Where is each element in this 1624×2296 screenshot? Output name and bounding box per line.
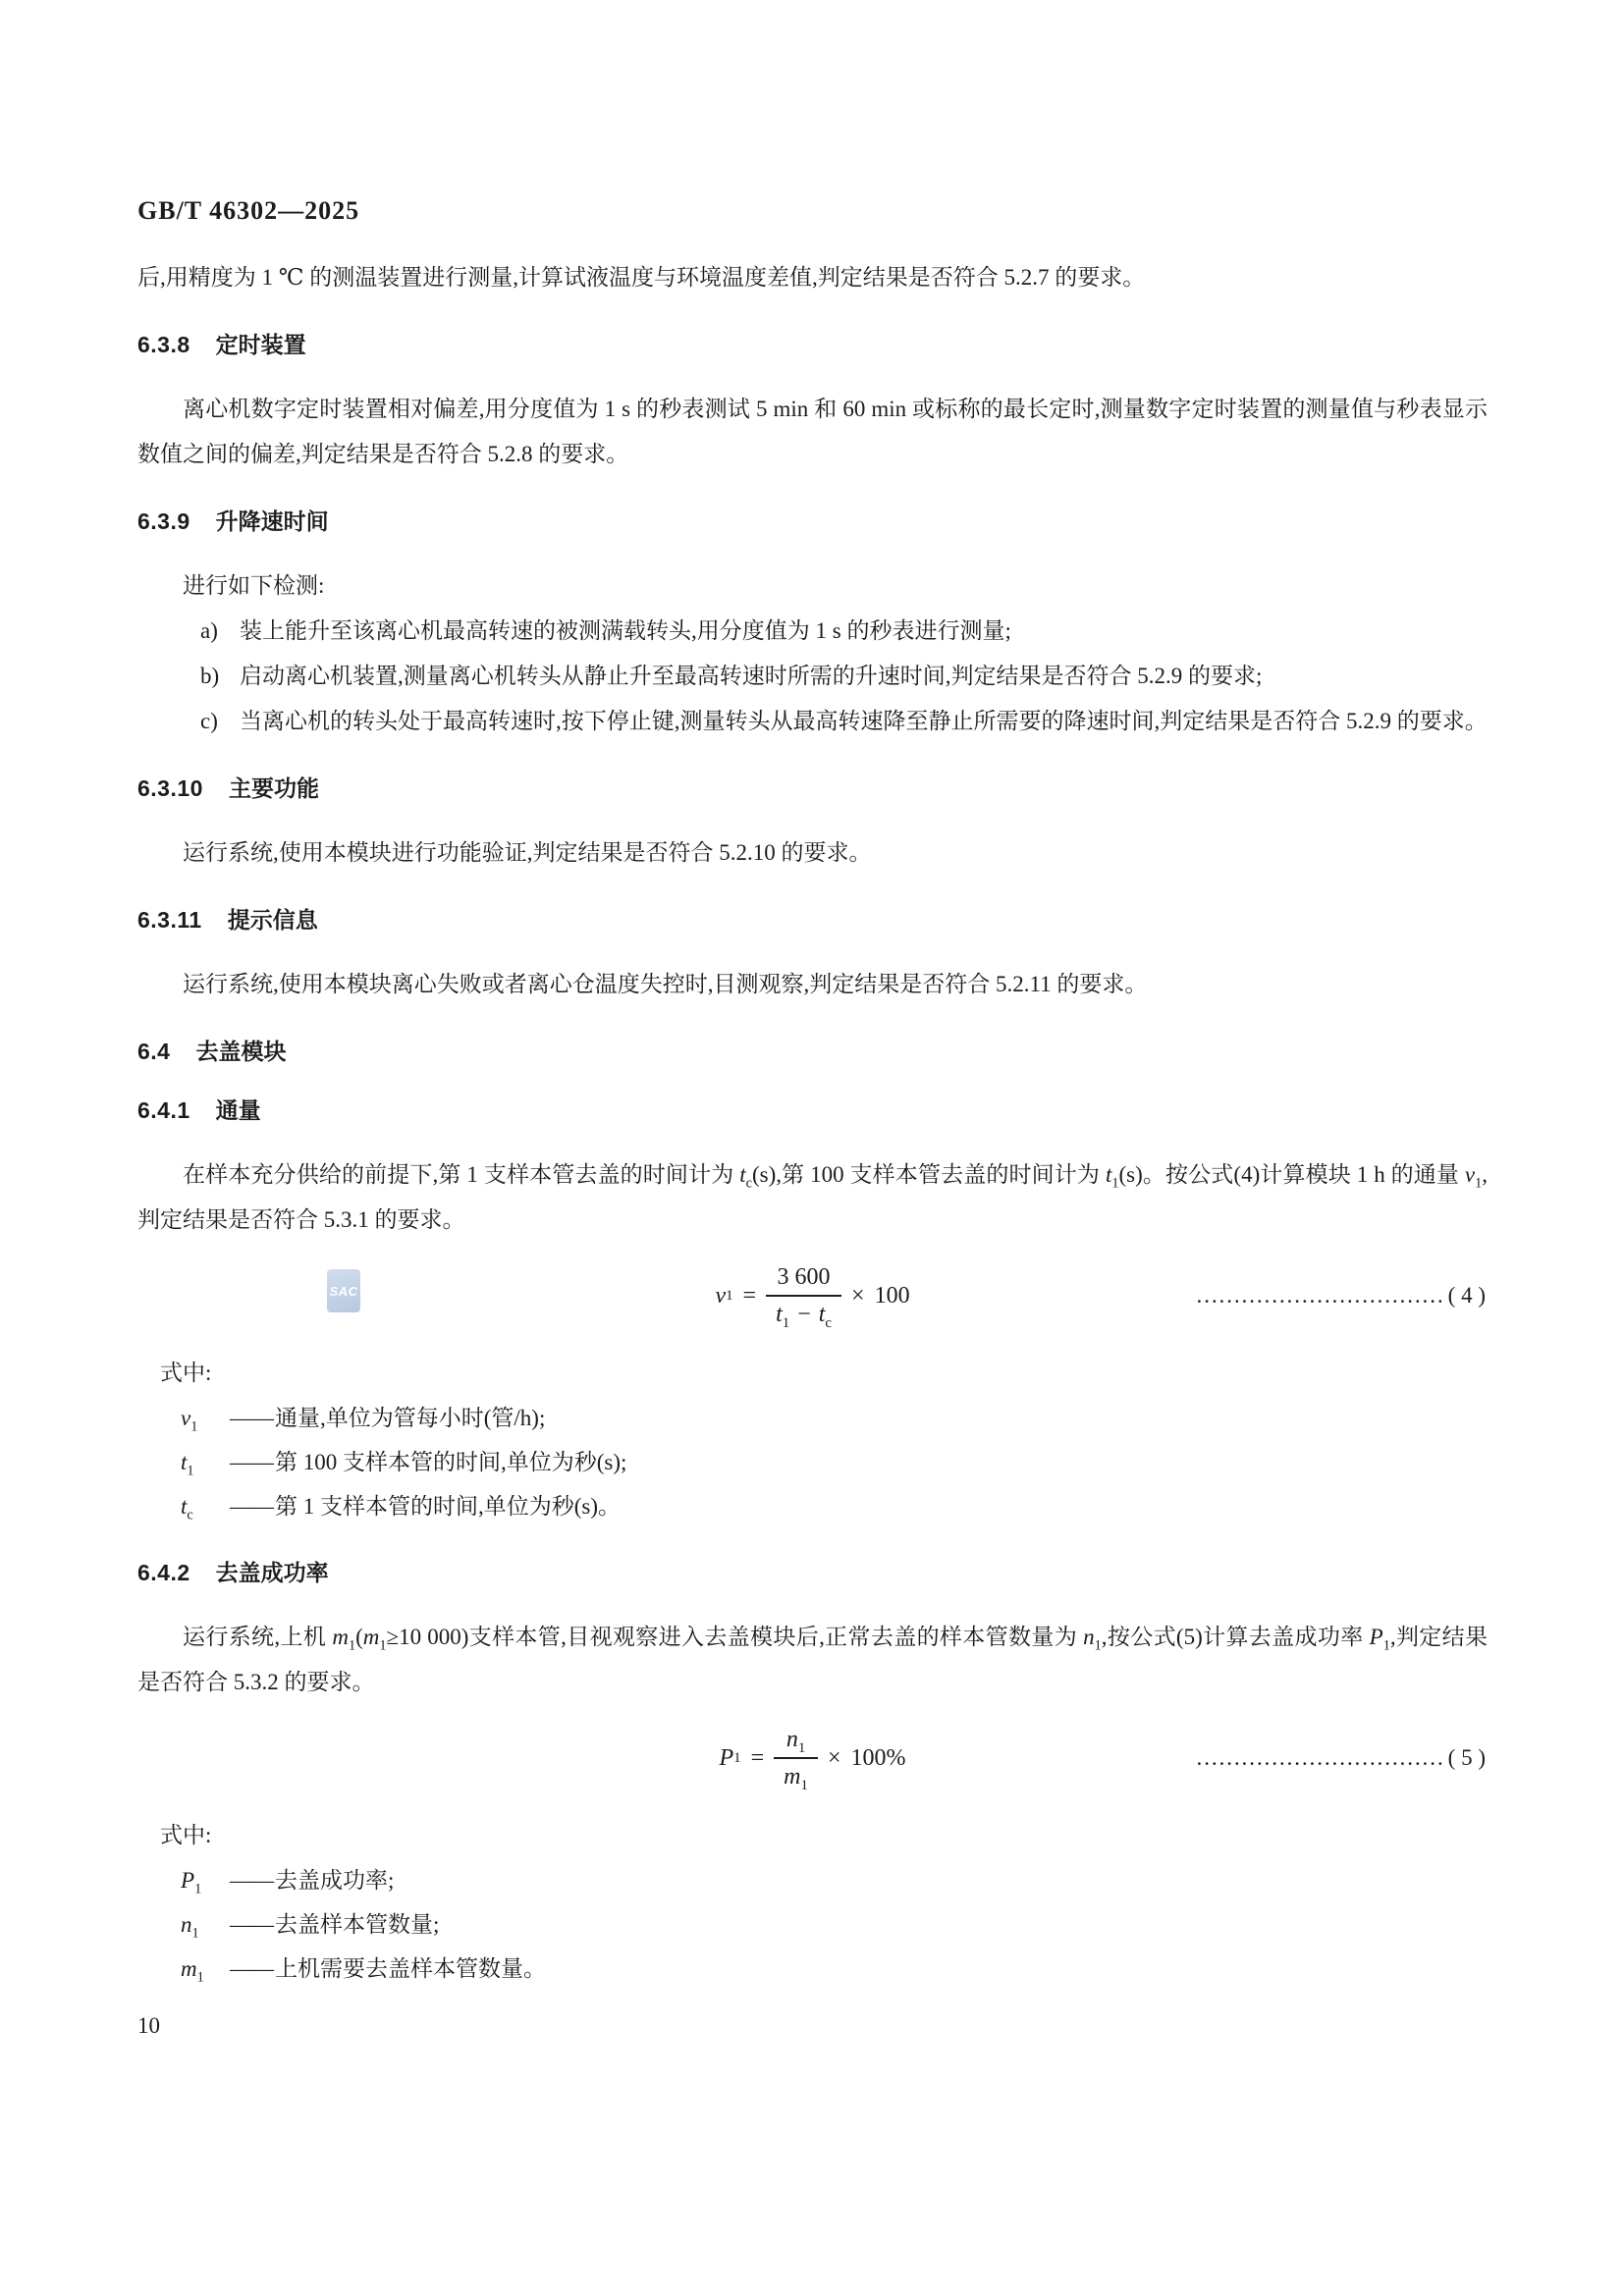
paragraph-6-4-2: 运行系统,上机 m1(m1≥10 000)支样本管,目视观察进入去盖模块后,正常… — [137, 1615, 1488, 1705]
legend-desc: 第 100 支样本管的时间,单位为秒(s); — [275, 1440, 1488, 1484]
legend-var: n1 — [181, 1902, 230, 1947]
math-sub: 1 — [798, 1740, 805, 1756]
heading-6-3-8: 6.3.8定时装置 — [137, 330, 1488, 359]
math-sub: c — [825, 1315, 832, 1331]
fraction: 3 600 t1−tc — [766, 1262, 841, 1329]
list-item-label: a) — [200, 609, 240, 654]
formula-5: P1 = n1 m1 × 100% ……………………………( 5 ) — [137, 1711, 1488, 1805]
formula-4-expression: v1 = 3 600 t1−tc × 100 — [715, 1262, 909, 1329]
times-sign: × — [828, 1744, 841, 1773]
paragraph-6-3-9-intro: 进行如下检测: — [137, 563, 1488, 609]
paragraph-6-3-10: 运行系统,使用本模块进行功能验证,判定结果是否符合 5.2.10 的要求。 — [137, 830, 1488, 876]
list-item-text: 启动离心机装置,测量离心机转头从静止升至最高转速时所需的升速时间,判定结果是否符… — [240, 654, 1488, 699]
fraction-numerator: 3 600 — [768, 1262, 840, 1295]
legend-row: m1 —— 上机需要去盖样本管数量。 — [137, 1947, 1488, 1991]
legend-dash: —— — [230, 1858, 273, 1902]
equals-sign: = — [743, 1282, 757, 1310]
paragraph-6-3-8: 离心机数字定时装置相对偏差,用分度值为 1 s 的秒表测试 5 min 和 60… — [137, 387, 1488, 477]
math-sub: 1 — [187, 1464, 193, 1479]
math-var: m — [784, 1764, 800, 1789]
math-sub: 1 — [783, 1315, 789, 1331]
fraction: n1 m1 — [774, 1725, 818, 1791]
text-run: ,按公式(5)计算去盖成功率 — [1102, 1625, 1370, 1649]
math-factor: 100% — [850, 1744, 905, 1773]
list-item-text: 当离心机的转头处于最高转速时,按下停止键,测量转头从最高转速降至静止所需要的降速… — [240, 699, 1488, 744]
legend-row: t1 —— 第 100 支样本管的时间,单位为秒(s); — [137, 1440, 1488, 1484]
heading-6-3-10: 6.3.10主要功能 — [137, 774, 1488, 803]
heading-6-4: 6.4去盖模块 — [137, 1037, 1488, 1066]
math-sub: 1 — [1383, 1638, 1390, 1654]
dot-leader: …………………………… — [1196, 1745, 1444, 1770]
paragraph-continuation: 后,用精度为 1 ℃ 的测温装置进行测量,计算试液温度与环境温度差值,判定结果是… — [137, 255, 1488, 300]
formula-5-number: ……………………………( 5 ) — [1196, 1735, 1486, 1781]
where-label: 式中: — [137, 1351, 1488, 1396]
paragraph-6-3-11: 运行系统,使用本模块离心失败或者离心仓温度失控时,目测观察,判定结果是否符合 5… — [137, 962, 1488, 1007]
legend-var: P1 — [181, 1858, 230, 1902]
legend-desc: 第 1 支样本管的时间,单位为秒(s)。 — [275, 1484, 1488, 1528]
legend-var: v1 — [181, 1396, 230, 1440]
math-sub: 1 — [197, 1970, 204, 1986]
legend-var: tc — [181, 1484, 230, 1528]
math-sub: 1 — [1095, 1638, 1102, 1654]
legend-row: tc —— 第 1 支样本管的时间,单位为秒(s)。 — [137, 1484, 1488, 1528]
list-item-a: a) 装上能升至该离心机最高转速的被测满载转头,用分度值为 1 s 的秒表进行测… — [137, 609, 1488, 654]
clause-title: 升降速时间 — [216, 508, 329, 534]
clause-number: 6.3.8 — [137, 332, 190, 357]
fraction-denominator: m1 — [774, 1757, 818, 1791]
math-var: v — [1465, 1162, 1475, 1187]
fraction-numerator: n1 — [777, 1725, 815, 1757]
dot-leader: …………………………… — [1196, 1283, 1444, 1308]
formula-4-number: ……………………………( 4 ) — [1196, 1273, 1486, 1318]
clause-number: 6.4.1 — [137, 1097, 190, 1123]
formula-5-expression: P1 = n1 m1 × 100% — [720, 1725, 906, 1791]
clause-list-6-3-9: a) 装上能升至该离心机最高转速的被测满载转头,用分度值为 1 s 的秒表进行测… — [137, 609, 1488, 744]
minus-sign: − — [797, 1302, 811, 1327]
heading-6-3-11: 6.3.11提示信息 — [137, 905, 1488, 934]
legend-dash: —— — [230, 1947, 273, 1991]
clause-title: 主要功能 — [229, 775, 319, 801]
legend-dash: —— — [230, 1484, 273, 1528]
math-sub: c — [187, 1508, 192, 1523]
formula-4: v1 = 3 600 t1−tc × 100 ……………………………( 4 ) — [137, 1249, 1488, 1343]
list-item-label: b) — [200, 654, 240, 699]
math-var: v — [181, 1406, 190, 1430]
text-run: (s)。按公式(4)计算模块 1 h 的通量 — [1118, 1162, 1464, 1187]
math-var: P — [1370, 1625, 1383, 1649]
legend-desc: 通量,单位为管每小时(管/h); — [275, 1396, 1488, 1440]
clause-title: 定时装置 — [216, 332, 306, 357]
heading-6-3-9: 6.3.9升降速时间 — [137, 507, 1488, 536]
math-sub: 1 — [192, 1926, 199, 1942]
heading-6-4-1: 6.4.1通量 — [137, 1095, 1488, 1125]
text-run: ( — [355, 1625, 363, 1649]
list-item-c: c) 当离心机的转头处于最高转速时,按下停止键,测量转头从最高转速降至静止所需要… — [137, 699, 1488, 744]
formula-4-legend: v1 —— 通量,单位为管每小时(管/h); t1 —— 第 100 支样本管的… — [137, 1396, 1488, 1528]
math-var: m — [363, 1625, 380, 1649]
equation-number: ( 5 ) — [1448, 1745, 1486, 1770]
list-item-b: b) 启动离心机装置,测量离心机转头从静止升至最高转速时所需的升速时间,判定结果… — [137, 654, 1488, 699]
where-label: 式中: — [137, 1813, 1488, 1858]
legend-desc: 去盖成功率; — [275, 1858, 1488, 1902]
document-page: SAC GB/T 46302—2025 后,用精度为 1 ℃ 的测温装置进行测量… — [0, 0, 1624, 2296]
math-var: P — [181, 1868, 194, 1893]
equation-number: ( 4 ) — [1448, 1283, 1486, 1308]
formula-5-legend: P1 —— 去盖成功率; n1 —— 去盖样本管数量; m1 —— 上机需要去盖… — [137, 1858, 1488, 1991]
math-sub: 1 — [349, 1638, 355, 1654]
legend-desc: 去盖样本管数量; — [275, 1902, 1488, 1947]
text-run: 在样本充分供给的前提下,第 1 支样本管去盖的时间计为 — [183, 1162, 739, 1187]
legend-dash: —— — [230, 1396, 273, 1440]
math-var: P — [720, 1744, 734, 1773]
legend-row: v1 —— 通量,单位为管每小时(管/h); — [137, 1396, 1488, 1440]
clause-title: 去盖模块 — [195, 1039, 286, 1064]
legend-dash: —— — [230, 1440, 273, 1484]
legend-row: n1 —— 去盖样本管数量; — [137, 1902, 1488, 1947]
page-content: GB/T 46302—2025 后,用精度为 1 ℃ 的测温装置进行测量,计算试… — [0, 0, 1624, 2046]
math-factor: 100 — [875, 1282, 910, 1310]
clause-title: 通量 — [216, 1097, 261, 1123]
math-var: v — [715, 1282, 726, 1310]
math-var: n — [181, 1912, 192, 1937]
clause-title: 去盖成功率 — [216, 1560, 329, 1585]
list-item-text: 装上能升至该离心机最高转速的被测满载转头,用分度值为 1 s 的秒表进行测量; — [240, 609, 1488, 654]
legend-desc: 上机需要去盖样本管数量。 — [275, 1947, 1488, 1991]
text-run: ≥10 000)支样本管,目视观察进入去盖模块后,正常去盖的样本管数量为 — [386, 1625, 1083, 1649]
fraction-denominator: t1−tc — [766, 1295, 841, 1329]
list-item-label: c) — [200, 699, 240, 744]
equals-sign: = — [751, 1744, 765, 1773]
math-var: t — [776, 1302, 783, 1327]
math-sub: 1 — [194, 1882, 201, 1897]
legend-dash: —— — [230, 1902, 273, 1947]
standard-number-header: GB/T 46302—2025 — [137, 196, 1488, 226]
math-sub: 1 — [190, 1419, 197, 1435]
text-run: (s),第 100 支样本管去盖的时间计为 — [752, 1162, 1106, 1187]
math-var: m — [332, 1625, 349, 1649]
legend-row: P1 —— 去盖成功率; — [137, 1858, 1488, 1902]
clause-number: 6.4.2 — [137, 1560, 190, 1585]
math-var: m — [181, 1956, 197, 1981]
clause-number: 6.3.10 — [137, 775, 203, 801]
clause-number: 6.3.11 — [137, 907, 202, 933]
times-sign: × — [851, 1282, 865, 1310]
clause-number: 6.3.9 — [137, 508, 190, 534]
legend-var: m1 — [181, 1947, 230, 1991]
clause-number: 6.4 — [137, 1039, 170, 1064]
clause-title: 提示信息 — [228, 907, 318, 933]
math-var: n — [786, 1727, 798, 1752]
legend-var: t1 — [181, 1440, 230, 1484]
math-sub: 1 — [801, 1778, 808, 1793]
heading-6-4-2: 6.4.2去盖成功率 — [137, 1558, 1488, 1587]
page-number: 10 — [137, 2006, 1488, 2046]
text-run: 运行系统,上机 — [183, 1625, 332, 1649]
paragraph-6-4-1: 在样本充分供给的前提下,第 1 支样本管去盖的时间计为 tc(s),第 100 … — [137, 1152, 1488, 1243]
math-var: n — [1083, 1625, 1095, 1649]
